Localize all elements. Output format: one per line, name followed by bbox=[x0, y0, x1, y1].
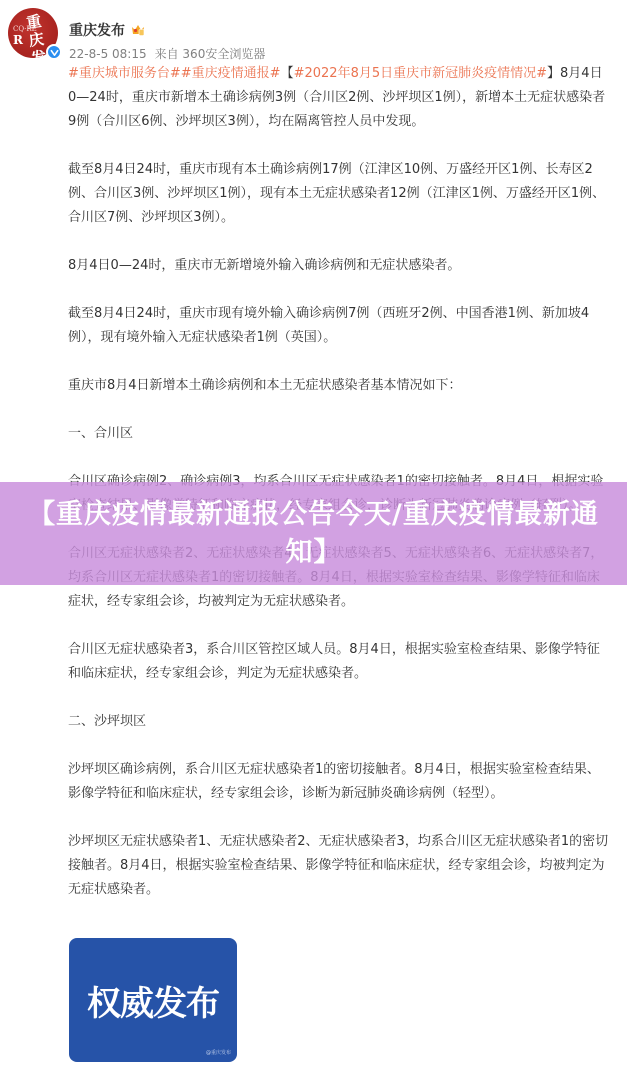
image-watermark: @重庆发布 bbox=[206, 1049, 231, 1056]
section-heading-hechuan: 一、合川区 bbox=[68, 422, 610, 446]
post-meta: 22-8-5 08:15来自 360安全浏览器 bbox=[69, 45, 265, 62]
hashtag-links[interactable]: #重庆城市服务台##重庆疫情通报# bbox=[68, 66, 281, 81]
author-name[interactable]: 重庆发布 bbox=[69, 20, 125, 40]
paragraph-10: 沙坪坝区无症状感染者1、无症状感染者2、无症状感染者3，均系合川区无症状感染者1… bbox=[68, 830, 610, 902]
paragraph-2: 截至8月4日24时，重庆市现有本土确诊病例17例（江津区10例、万盛经开区1例、… bbox=[68, 158, 610, 230]
overlay-title-banner: 【重庆疫情最新通报公告今天/重庆疫情最新通知】 bbox=[0, 482, 627, 585]
post-header: CQ·RE R 重庆发布 重庆发布 22-8-5 08:15来自 360安全浏览… bbox=[0, 0, 627, 66]
crown-icon[interactable] bbox=[131, 21, 145, 34]
topic-bracket-open: 【 bbox=[281, 66, 294, 81]
paragraph-5: 重庆市8月4日新增本土确诊病例和本土无症状感染者基本情况如下： bbox=[68, 374, 610, 398]
verified-icon bbox=[46, 44, 62, 60]
paragraph-1: #重庆城市服务台##重庆疫情通报#【#2022年8月5日重庆市新冠肺炎疫情情况#… bbox=[68, 62, 610, 134]
section-heading-shapingba: 二、沙坪坝区 bbox=[68, 710, 610, 734]
paragraph-8: 合川区无症状感染者3，系合川区管控区域人员。8月4日，根据实验室检查结果、影像学… bbox=[68, 638, 610, 686]
avatar-latin-big: R bbox=[13, 33, 23, 47]
paragraph-9: 沙坪坝区确诊病例，系合川区无症状感染者1的密切接触者。8月4日，根据实验室检查结… bbox=[68, 758, 610, 806]
paragraph-4: 截至8月4日24时，重庆市现有境外输入确诊病例7例（西班牙2例、中国香港1例、新… bbox=[68, 302, 610, 350]
paragraph-3: 8月4日0—24时，重庆市无新增境外输入确诊病例和无症状感染者。 bbox=[68, 254, 610, 278]
authority-image-text: 权威发布 bbox=[69, 976, 237, 1025]
topic-bracket-close: 】 bbox=[547, 66, 560, 81]
topic-link[interactable]: #2022年8月5日重庆市新冠肺炎疫情情况# bbox=[294, 66, 547, 81]
authority-release-image[interactable]: 权威发布 @重庆发布 bbox=[69, 938, 237, 1062]
post-date[interactable]: 22-8-5 08:15 bbox=[69, 47, 147, 61]
banner-title: 【重庆疫情最新通报公告今天/重庆疫情最新通知】 bbox=[14, 496, 614, 572]
post-source: 来自 360安全浏览器 bbox=[155, 47, 266, 61]
